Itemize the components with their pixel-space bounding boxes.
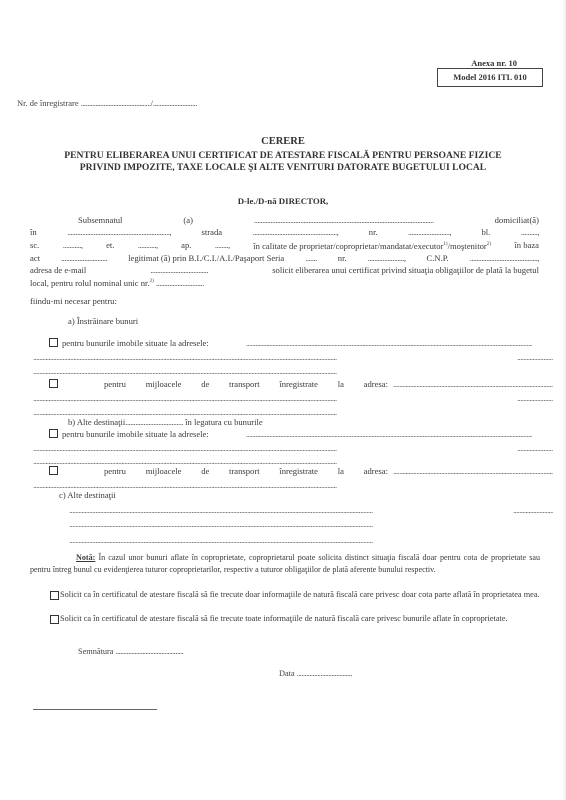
id-series-field[interactable]: ....... bbox=[305, 252, 317, 264]
section-b-label: b) Alte destinaţii......................… bbox=[68, 417, 263, 427]
checkbox[interactable] bbox=[50, 591, 59, 600]
apartment-field[interactable]: ........, bbox=[215, 239, 230, 252]
cnp-field[interactable]: ........................................… bbox=[470, 252, 539, 264]
section-c-label: c) Alte destinaţii bbox=[59, 490, 116, 500]
section-b-real-estate-option[interactable]: pentru bunurile imobile situate la adres… bbox=[49, 429, 209, 439]
section-b-destination-field[interactable]: ................................... bbox=[125, 417, 183, 427]
applicant-details: Subsemnatul (a) ........................… bbox=[30, 214, 539, 290]
signature-field[interactable]: Semnătura ..............................… bbox=[78, 647, 183, 656]
note-paragraph: Notă: În cazul unor bunuri aflate în cop… bbox=[30, 552, 540, 575]
floor-field[interactable]: ..........., bbox=[138, 239, 158, 252]
name-field[interactable]: ........................................… bbox=[254, 214, 434, 226]
section-a-real-estate-option[interactable]: pentru bunurile imobile situate la adres… bbox=[49, 338, 209, 348]
section-c-field-3[interactable]: ........................................… bbox=[69, 535, 459, 545]
id-number-field[interactable]: ......................, bbox=[368, 252, 406, 264]
option-share-only[interactable]: Solicit ca în certificatul de atestare f… bbox=[60, 589, 540, 601]
street-field[interactable]: ........................................… bbox=[253, 226, 339, 238]
section-b-vehicles-option[interactable] bbox=[49, 466, 62, 476]
street-number-field[interactable]: ........................., bbox=[408, 226, 451, 238]
section-a-real-estate-field[interactable]: ........................................… bbox=[246, 338, 532, 348]
checkbox[interactable] bbox=[49, 429, 58, 438]
section-b-vehicles-field[interactable]: ........................................… bbox=[393, 466, 553, 476]
locality-field[interactable]: ........................................… bbox=[67, 226, 171, 238]
section-a-vehicles-label: pentrumijloaceledetransportînregistratel… bbox=[104, 379, 388, 389]
section-a-label: a) Înstrăinare bunuri bbox=[68, 316, 138, 326]
document-title: CERERE bbox=[0, 136, 566, 147]
checkbox[interactable] bbox=[49, 338, 58, 347]
section-c-field-2[interactable]: ........................................… bbox=[69, 519, 439, 529]
section-a-real-estate-line-3[interactable]: ........................................… bbox=[33, 366, 415, 376]
subsemnatul-label: Subsemnatul bbox=[78, 214, 122, 226]
document-subtitle-1: PENTRU ELIBERAREA UNUI CERTIFICAT DE ATE… bbox=[0, 150, 566, 161]
checkbox[interactable] bbox=[49, 466, 58, 475]
document-subtitle-2: PRIVIND IMPOZITE, TAXE LOCALE ŞI ALTE VE… bbox=[0, 162, 566, 173]
nominal-role-field[interactable]: ............................. bbox=[156, 278, 204, 288]
annex-label: Anexa nr. 10 bbox=[471, 58, 517, 68]
registration-number[interactable]: Nr. de înregistrare ....................… bbox=[17, 98, 197, 108]
block-field[interactable]: .........., bbox=[521, 226, 539, 238]
option-all-coowned[interactable]: Solicit ca în certificatul de atestare f… bbox=[60, 613, 540, 625]
checkbox[interactable] bbox=[50, 615, 59, 624]
note-label: Notă: bbox=[76, 553, 95, 562]
addressee: D-le./D-nă DIRECTOR, bbox=[0, 196, 566, 206]
act-field[interactable]: ............................ bbox=[61, 252, 107, 264]
registration-label: Nr. de înregistrare bbox=[17, 98, 79, 108]
checkbox[interactable] bbox=[49, 379, 58, 388]
footnote-separator bbox=[33, 709, 157, 710]
email-field[interactable]: ................................... bbox=[150, 264, 208, 276]
model-box: Model 2016 ITL 010 bbox=[437, 68, 543, 87]
section-a-real-estate-line-2[interactable]: ........................................… bbox=[33, 352, 513, 362]
section-b-real-estate-field[interactable]: ........................................… bbox=[246, 429, 532, 439]
section-b-vehicles-label: pentrumijloaceledetransportînregistratel… bbox=[104, 466, 388, 476]
section-a-vehicles-field[interactable]: ........................................… bbox=[393, 379, 553, 389]
date-field[interactable]: Data ................................... bbox=[279, 669, 352, 678]
necessary-for-label: fiindu-mi necesar pentru: bbox=[30, 296, 117, 306]
section-a-vehicles-option[interactable] bbox=[49, 379, 62, 389]
section-c-field-1[interactable]: ........................................… bbox=[69, 505, 499, 515]
staircase-field[interactable]: ..........., bbox=[63, 239, 83, 252]
